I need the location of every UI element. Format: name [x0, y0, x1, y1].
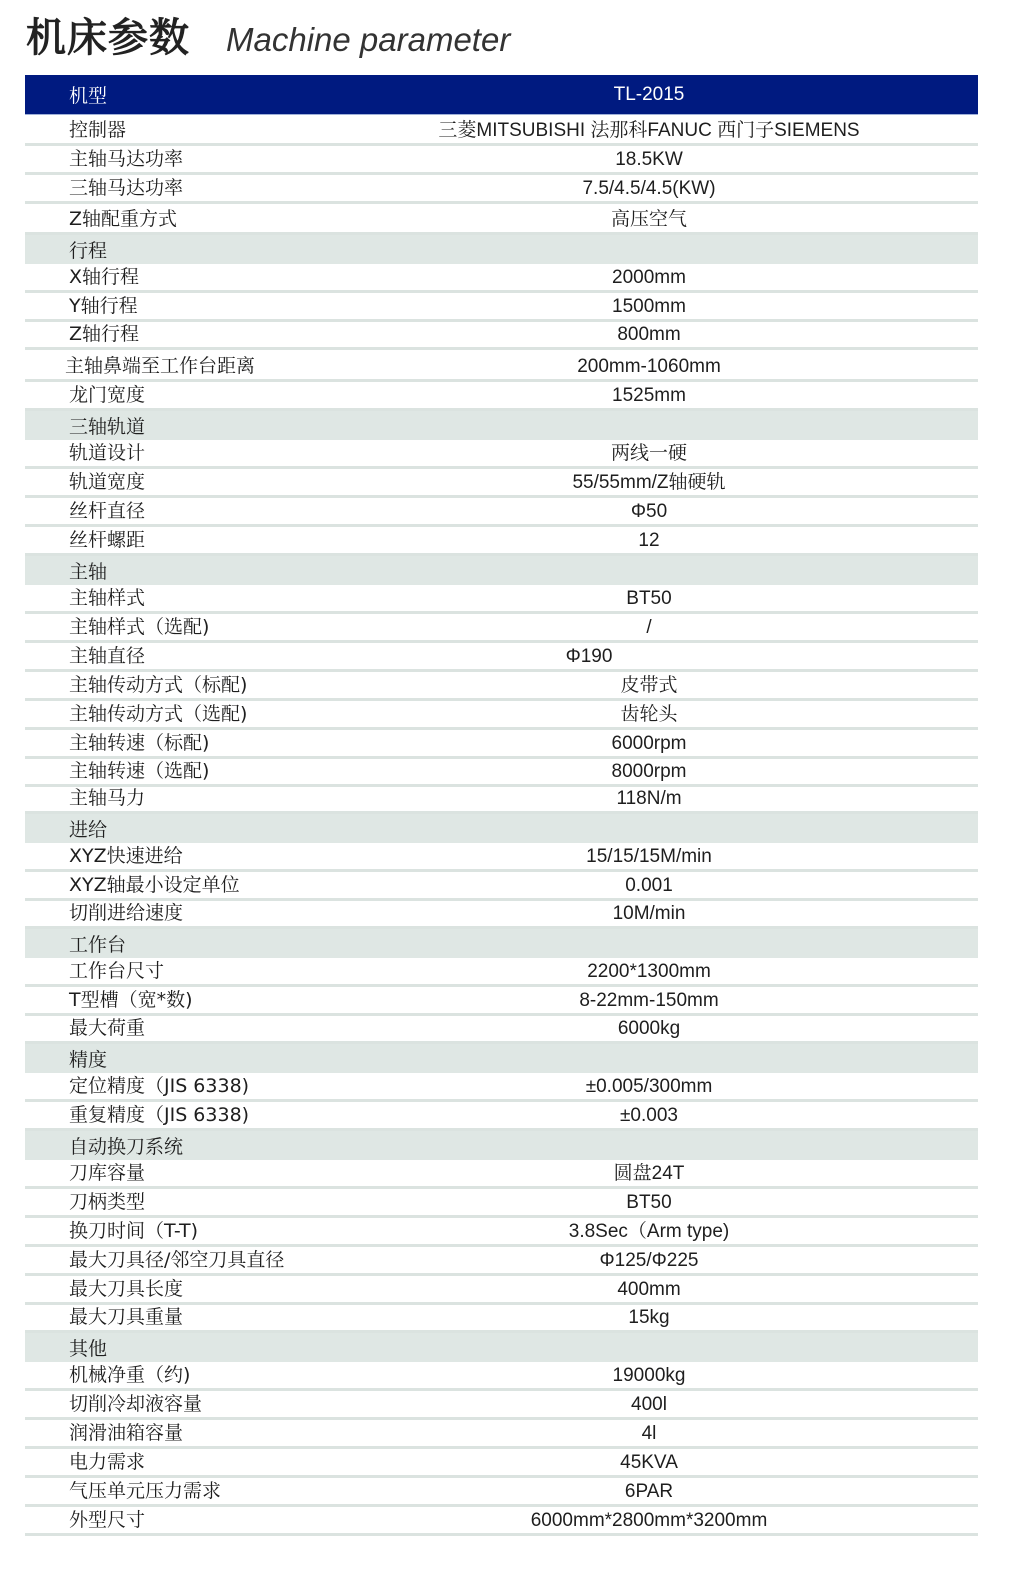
table-row: X轴行程2000mm — [25, 264, 978, 293]
parameter-label: 切削进给速度 — [25, 902, 340, 926]
parameter-value: 0.001 — [340, 875, 978, 898]
parameter-label: 主轴马力 — [25, 787, 340, 811]
table-row: 外型尺寸6000mm*2800mm*3200mm — [25, 1507, 978, 1536]
parameter-label: 润滑油箱容量 — [25, 1422, 340, 1446]
table-row: 换刀时间（T-T)3.8Sec（Arm type) — [25, 1218, 978, 1247]
header-model-value: TL-2015 — [340, 84, 978, 106]
table-row: 定位精度（JIS 6338)±0.005/300mm — [25, 1073, 978, 1102]
table-row: 主轴传动方式（选配)齿轮头 — [25, 701, 978, 730]
table-body: 控制器三菱MITSUBISHI 法那科FANUC 西门子SIEMENS主轴马达功… — [25, 115, 978, 1536]
parameter-value: Φ190 — [340, 646, 978, 669]
parameter-label: 轨道宽度 — [25, 471, 340, 495]
parameter-label: Z轴配重方式 — [25, 208, 340, 232]
table-row: 机械净重（约)19000kg — [25, 1362, 978, 1391]
parameter-value: 400l — [340, 1394, 978, 1417]
parameter-label: 切削冷却液容量 — [25, 1393, 340, 1417]
parameter-value: 6PAR — [340, 1481, 978, 1504]
parameter-value: 200mm-1060mm — [340, 356, 978, 379]
parameter-value: 8000rpm — [340, 761, 978, 784]
table-row: 切削冷却液容量400l — [25, 1391, 978, 1420]
parameter-label: 最大刀具径/邻空刀具直径 — [25, 1249, 340, 1273]
header-label: 机型 — [25, 81, 340, 108]
parameter-value: / — [340, 617, 978, 640]
parameter-label: 主轴鼻端至工作台距离 — [25, 355, 340, 379]
table-row: 刀柄类型BT50 — [25, 1189, 978, 1218]
parameter-value: 3.8Sec（Arm type) — [340, 1221, 978, 1244]
table-row: 丝杆直径Φ50 — [25, 498, 978, 527]
parameter-value: BT50 — [340, 588, 978, 611]
table-row: 轨道宽度55/55mm/Z轴硬轨 — [25, 469, 978, 498]
table-row: 主轴直径Φ190 — [25, 643, 978, 672]
parameter-label: 刀库容量 — [25, 1162, 340, 1186]
parameter-label: 主轴传动方式（标配) — [25, 674, 340, 698]
parameter-value: 800mm — [340, 324, 978, 347]
parameter-value: BT50 — [340, 1192, 978, 1215]
parameter-value — [340, 1361, 978, 1362]
parameter-label: 龙门宽度 — [25, 384, 340, 408]
table-row: 电力需求45KVA — [25, 1449, 978, 1478]
table-row: 丝杆螺距12 — [25, 527, 978, 556]
parameter-value: 6000mm*2800mm*3200mm — [340, 1510, 978, 1533]
parameter-label: 主轴样式 — [25, 587, 340, 611]
section-row: 主轴 — [25, 556, 978, 585]
parameter-value: 齿轮头 — [340, 704, 978, 727]
section-row: 精度 — [25, 1044, 978, 1073]
parameter-value — [340, 1159, 978, 1160]
parameter-label: 外型尺寸 — [25, 1509, 340, 1533]
parameter-label: 丝杆直径 — [25, 500, 340, 524]
parameter-value: 18.5KW — [340, 149, 978, 172]
parameter-label: 气压单元压力需求 — [25, 1480, 340, 1504]
parameter-value: 10M/min — [340, 903, 978, 926]
table-row: 轨道设计两线一硬 — [25, 440, 978, 469]
table-row: 主轴转速（选配)8000rpm — [25, 759, 978, 787]
table-row: Z轴配重方式高压空气 — [25, 204, 978, 235]
parameter-value: 15kg — [340, 1307, 978, 1330]
section-row: 自动换刀系统 — [25, 1131, 978, 1160]
parameter-label: 主轴样式（选配) — [25, 616, 340, 640]
table-row: XYZ快速进给15/15/15M/min — [25, 843, 978, 872]
parameter-label: Z轴行程 — [25, 323, 340, 347]
parameter-label: 电力需求 — [25, 1451, 340, 1475]
section-row: 其他 — [25, 1333, 978, 1362]
parameter-label: 最大刀具重量 — [25, 1306, 340, 1330]
table-row: 最大刀具径/邻空刀具直径Φ125/Φ225 — [25, 1247, 978, 1276]
parameter-label: 主轴直径 — [25, 645, 340, 669]
section-label: 进给 — [25, 819, 340, 843]
parameter-value: 55/55mm/Z轴硬轨 — [340, 472, 978, 495]
table-row: 润滑油箱容量4l — [25, 1420, 978, 1449]
parameter-value: Φ125/Φ225 — [340, 1250, 978, 1273]
section-label: 主轴 — [25, 561, 340, 585]
parameter-value — [340, 842, 978, 843]
parameter-value — [340, 439, 978, 440]
parameter-value: 45KVA — [340, 1452, 978, 1475]
parameter-label: 最大荷重 — [25, 1017, 340, 1041]
table-row: Z轴行程800mm — [25, 322, 978, 350]
parameter-label: 定位精度（JIS 6338) — [25, 1075, 340, 1099]
parameter-value: 三菱MITSUBISHI 法那科FANUC 西门子SIEMENS — [340, 120, 978, 143]
section-row: 三轴轨道 — [25, 411, 978, 440]
parameter-label: X轴行程 — [25, 266, 340, 290]
parameter-label: T型槽（宽*数) — [25, 989, 340, 1013]
parameter-value: 15/15/15M/min — [340, 846, 978, 869]
parameter-label: XYZ轴最小设定单位 — [25, 874, 340, 898]
table-row: 最大荷重6000kg — [25, 1016, 978, 1044]
table-row: 主轴马力118N/m — [25, 787, 978, 814]
parameter-label: 刀柄类型 — [25, 1191, 340, 1215]
table-row: 三轴马达功率7.5/4.5/4.5(KW) — [25, 175, 978, 204]
parameter-label: 机械净重（约) — [25, 1364, 340, 1388]
table-row: T型槽（宽*数)8-22mm-150mm — [25, 987, 978, 1016]
parameter-label: 换刀时间（T-T) — [25, 1220, 340, 1244]
parameter-value: 4l — [340, 1423, 978, 1446]
section-row: 行程 — [25, 235, 978, 264]
parameter-value: ±0.005/300mm — [340, 1076, 978, 1099]
parameter-value: 12 — [340, 530, 978, 553]
table-row: 最大刀具长度400mm — [25, 1276, 978, 1305]
section-label: 三轴轨道 — [25, 416, 340, 440]
parameter-label: 主轴传动方式（选配) — [25, 703, 340, 727]
parameter-value: 2200*1300mm — [340, 961, 978, 984]
table-row: 主轴鼻端至工作台距离200mm-1060mm — [25, 350, 978, 382]
parameter-label: 主轴转速（标配) — [25, 732, 340, 756]
parameter-value: 2000mm — [340, 267, 978, 290]
table-row: 最大刀具重量15kg — [25, 1305, 978, 1333]
section-row: 进给 — [25, 814, 978, 843]
table-row: 刀库容量圆盘24T — [25, 1160, 978, 1189]
table-row: 主轴样式（选配)/ — [25, 614, 978, 643]
table-row: 龙门宽度1525mm — [25, 382, 978, 411]
parameter-label: Y轴行程 — [25, 295, 340, 319]
section-label: 其他 — [25, 1338, 340, 1362]
table-row: 气压单元压力需求6PAR — [25, 1478, 978, 1507]
parameter-label: 三轴马达功率 — [25, 177, 340, 201]
table-row: 切削进给速度10M/min — [25, 901, 978, 929]
parameter-label: 工作台尺寸 — [25, 960, 340, 984]
table-row: 主轴马达功率18.5KW — [25, 146, 978, 175]
table-row: 工作台尺寸2200*1300mm — [25, 958, 978, 987]
parameter-value: 6000kg — [340, 1018, 978, 1041]
parameter-value: 高压空气 — [340, 209, 978, 232]
parameter-value — [340, 263, 978, 264]
parameter-value: 6000rpm — [340, 733, 978, 756]
table-row: Y轴行程1500mm — [25, 293, 978, 322]
title-english: Machine parameter — [226, 21, 510, 59]
parameter-value — [340, 957, 978, 958]
table-row: 主轴转速（标配)6000rpm — [25, 730, 978, 759]
parameter-label: 轨道设计 — [25, 442, 340, 466]
section-label: 自动换刀系统 — [25, 1136, 340, 1160]
parameter-label: 重复精度（JIS 6338) — [25, 1104, 340, 1128]
parameter-value: 7.5/4.5/4.5(KW) — [340, 178, 978, 201]
parameter-label: 主轴马达功率 — [25, 148, 340, 172]
parameter-value: 两线一硬 — [340, 443, 978, 466]
parameter-label: 丝杆螺距 — [25, 529, 340, 553]
table-row: 主轴样式BT50 — [25, 585, 978, 614]
page-title: 机床参数 Machine parameter — [26, 6, 510, 62]
parameter-value: ±0.003 — [340, 1105, 978, 1128]
parameter-value: 1525mm — [340, 385, 978, 408]
section-row: 工作台 — [25, 929, 978, 958]
parameter-value — [340, 584, 978, 585]
parameter-value: 圆盘24T — [340, 1163, 978, 1186]
parameter-value — [340, 1072, 978, 1073]
parameter-label: XYZ快速进给 — [25, 845, 340, 869]
parameter-value: 19000kg — [340, 1365, 978, 1388]
parameter-label: 主轴转速（选配) — [25, 760, 340, 784]
section-label: 工作台 — [25, 934, 340, 958]
parameter-value: 皮带式 — [340, 675, 978, 698]
parameter-label: 最大刀具长度 — [25, 1278, 340, 1302]
parameter-value: 400mm — [340, 1279, 978, 1302]
parameter-table: 机型 TL-2015 控制器三菱MITSUBISHI 法那科FANUC 西门子S… — [25, 75, 978, 1536]
parameter-value: 1500mm — [340, 296, 978, 319]
table-row: XYZ轴最小设定单位0.001 — [25, 872, 978, 901]
title-chinese: 机床参数 — [26, 6, 190, 63]
parameter-label: 控制器 — [25, 119, 340, 143]
table-row: 控制器三菱MITSUBISHI 法那科FANUC 西门子SIEMENS — [25, 115, 978, 146]
table-header: 机型 TL-2015 — [25, 75, 978, 115]
parameter-value: 8-22mm-150mm — [340, 990, 978, 1013]
parameter-value: Φ50 — [340, 501, 978, 524]
section-label: 行程 — [25, 240, 340, 264]
section-label: 精度 — [25, 1049, 340, 1073]
table-row: 重复精度（JIS 6338)±0.003 — [25, 1102, 978, 1131]
table-row: 主轴传动方式（标配)皮带式 — [25, 672, 978, 701]
parameter-value: 118N/m — [340, 788, 978, 811]
